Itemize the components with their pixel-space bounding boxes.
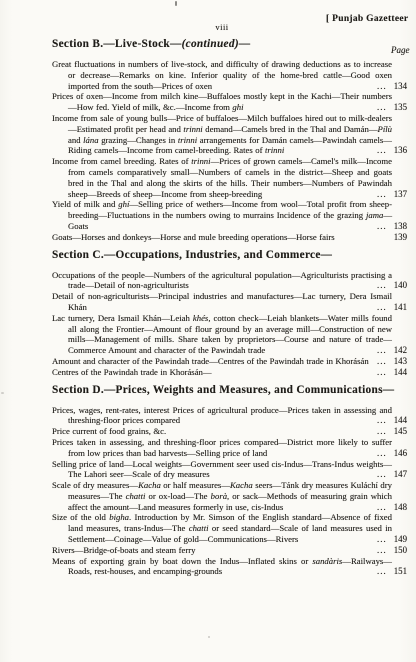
leader-dots: ...: [377, 426, 387, 437]
entry-pageref: ...138: [377, 221, 407, 232]
entry-pageref: ...137: [377, 189, 407, 200]
leader-dots: ...: [377, 221, 387, 232]
toc-entry: Yield of milk and ghí—Selling price of w…: [52, 199, 392, 231]
leader-dots: ...: [377, 367, 387, 378]
entry-text: Income from sale of young bulls—Price of…: [52, 113, 392, 156]
leader-dots: ...: [377, 545, 387, 556]
leader-dots: ...: [377, 345, 387, 356]
toc-entry: Lac turnery, Dera Ismail Khán—Leiah khés…: [52, 313, 392, 356]
toc-entry: Detail of non-agriculturists—Principal i…: [52, 291, 392, 313]
section-title: Section C.—Occupations, Industries, and …: [52, 249, 407, 262]
entry-text: Goats—Horses and donkeys—Horse and mule …: [52, 232, 392, 243]
entry-pageref: ...142: [377, 345, 407, 356]
toc-entry: Size of the old bigha. Introduction by M…: [52, 512, 392, 544]
entry-page-number: 140: [394, 280, 407, 291]
toc-entry: Great fluctuations in numbers of live-st…: [52, 59, 392, 91]
entry-pageref: ...148: [377, 502, 407, 513]
entry-text: Prices of oxen—Income from milch kine—Bu…: [52, 91, 392, 113]
entry-text: Income from camel breeding. Rates of tri…: [52, 156, 392, 199]
entry-pageref: ...134: [377, 81, 407, 92]
leader-dots: ...: [377, 534, 387, 545]
entry-text: Amount and character of the Pawindah tra…: [52, 356, 392, 367]
entry-text: Lac turnery, Dera Ismail Khán—Leiah khés…: [52, 313, 392, 356]
toc-section: Section C.—Occupations, Industries, and …: [52, 249, 407, 378]
entry-pageref: ...136: [377, 145, 407, 156]
entry-page-number: 151: [394, 566, 407, 577]
entry-pageref: ...145: [377, 426, 407, 437]
entry-text: Prices taken in assessing, and threshing…: [52, 437, 392, 459]
scan-artifact-speck: [208, 636, 210, 638]
entry-page-number: 148: [394, 502, 407, 513]
toc-section: Section B.—Live-Stock—(continued)—Great …: [52, 38, 407, 243]
scanned-book-page: [ Punjab Gazetteer viii Page Section B.—…: [0, 0, 416, 662]
toc-entry: Amount and character of the Pawindah tra…: [52, 356, 392, 367]
entry-text: Occupations of the people—Numbers of the…: [52, 270, 392, 292]
leader-dots: ...: [377, 566, 387, 577]
entry-page-number: 137: [394, 189, 407, 200]
toc-entry: Selling price of land—Local weights—Gove…: [52, 459, 392, 481]
entry-text: Great fluctuations in numbers of live-st…: [52, 59, 392, 91]
entry-pageref: ...144: [377, 415, 407, 426]
entry-page-number: 149: [394, 534, 407, 545]
entry-page-number: 144: [394, 415, 407, 426]
entry-page-number: 134: [394, 81, 407, 92]
toc-entry: Prices taken in assessing, and threshing…: [52, 437, 392, 459]
entry-page-number: 141: [394, 302, 407, 313]
leader-dots: ...: [377, 145, 387, 156]
entry-page-number: 144: [394, 367, 407, 378]
entry-pageref: 139: [394, 232, 407, 243]
toc-entry: Means of exporting grain by boat down th…: [52, 556, 392, 578]
toc-entry: Centres of the Pawindah trade in Khorásá…: [52, 367, 392, 378]
leader-dots: ...: [377, 448, 387, 459]
entry-page-number: 138: [394, 221, 407, 232]
entry-pageref: ...151: [377, 566, 407, 577]
entry-text: Prices, wages, rent-rates, interest Pric…: [52, 405, 392, 427]
entry-page-number: 139: [394, 232, 407, 243]
entry-page-number: 135: [394, 102, 407, 113]
entry-text: Rivers—Bridge-of-boats and steam ferry: [52, 545, 392, 556]
entry-pageref: ...146: [377, 448, 407, 459]
section-title: Section D.—Prices, Weights and Measures,…: [52, 384, 407, 397]
toc-entry: Income from sale of young bulls—Price of…: [52, 113, 392, 156]
entry-text: Size of the old bigha. Introduction by M…: [52, 512, 392, 544]
toc-entry: Occupations of the people—Numbers of the…: [52, 270, 392, 292]
leader-dots: ...: [377, 502, 387, 513]
toc-entry: Goats—Horses and donkeys—Horse and mule …: [52, 232, 392, 243]
toc-entry: Prices of oxen—Income from milch kine—Bu…: [52, 91, 392, 113]
entry-text: Selling price of land—Local weights—Gove…: [52, 459, 392, 481]
leader-dots: ...: [377, 469, 387, 480]
entry-pageref: ...150: [377, 545, 407, 556]
entry-text: Price current of food grains, &c.: [52, 426, 392, 437]
entry-text: Detail of non-agriculturists—Principal i…: [52, 291, 392, 313]
entry-text: Means of exporting grain by boat down th…: [52, 556, 392, 578]
toc-entry: Price current of food grains, &c....145: [52, 426, 392, 437]
entry-page-number: 142: [394, 345, 407, 356]
entry-pageref: ...135: [377, 102, 407, 113]
entry-pageref: ...144: [377, 367, 407, 378]
entry-text: Centres of the Pawindah trade in Khorásá…: [52, 367, 392, 378]
entry-pageref: ...140: [377, 280, 407, 291]
entry-page-number: 136: [394, 145, 407, 156]
leader-dots: ...: [377, 356, 387, 367]
entry-pageref: ...147: [377, 469, 407, 480]
entry-page-number: 146: [394, 448, 407, 459]
toc-entry: Prices, wages, rent-rates, interest Pric…: [52, 405, 392, 427]
section-title: Section B.—Live-Stock—(continued)—: [52, 38, 407, 51]
entry-pageref: ...141: [377, 302, 407, 313]
toc-entry: Income from camel breeding. Rates of tri…: [52, 156, 392, 199]
leader-dots: ...: [377, 102, 387, 113]
entry-pageref: ...143: [377, 356, 407, 367]
entry-page-number: 150: [394, 545, 407, 556]
entry-page-number: 145: [394, 426, 407, 437]
entry-text: Scale of dry measures—Kacha or half meas…: [52, 480, 392, 512]
toc-entry: Rivers—Bridge-of-boats and steam ferry..…: [52, 545, 392, 556]
scan-artifact-mark: [175, 1, 177, 6]
entry-page-number: 147: [394, 469, 407, 480]
scan-artifact-speck: [1, 392, 4, 394]
toc-section: Section D.—Prices, Weights and Measures,…: [52, 384, 407, 578]
table-of-contents: Section B.—Live-Stock—(continued)—Great …: [52, 38, 407, 577]
folio-roman-numeral: viii: [52, 22, 392, 32]
leader-dots: ...: [377, 81, 387, 92]
leader-dots: ...: [377, 280, 387, 291]
leader-dots: ...: [377, 302, 387, 313]
leader-dots: ...: [377, 189, 387, 200]
leader-dots: ...: [377, 415, 387, 426]
toc-entry: Scale of dry measures—Kacha or half meas…: [52, 480, 392, 512]
entry-text: Yield of milk and ghí—Selling price of w…: [52, 199, 392, 231]
entry-pageref: ...149: [377, 534, 407, 545]
entry-page-number: 143: [394, 356, 407, 367]
